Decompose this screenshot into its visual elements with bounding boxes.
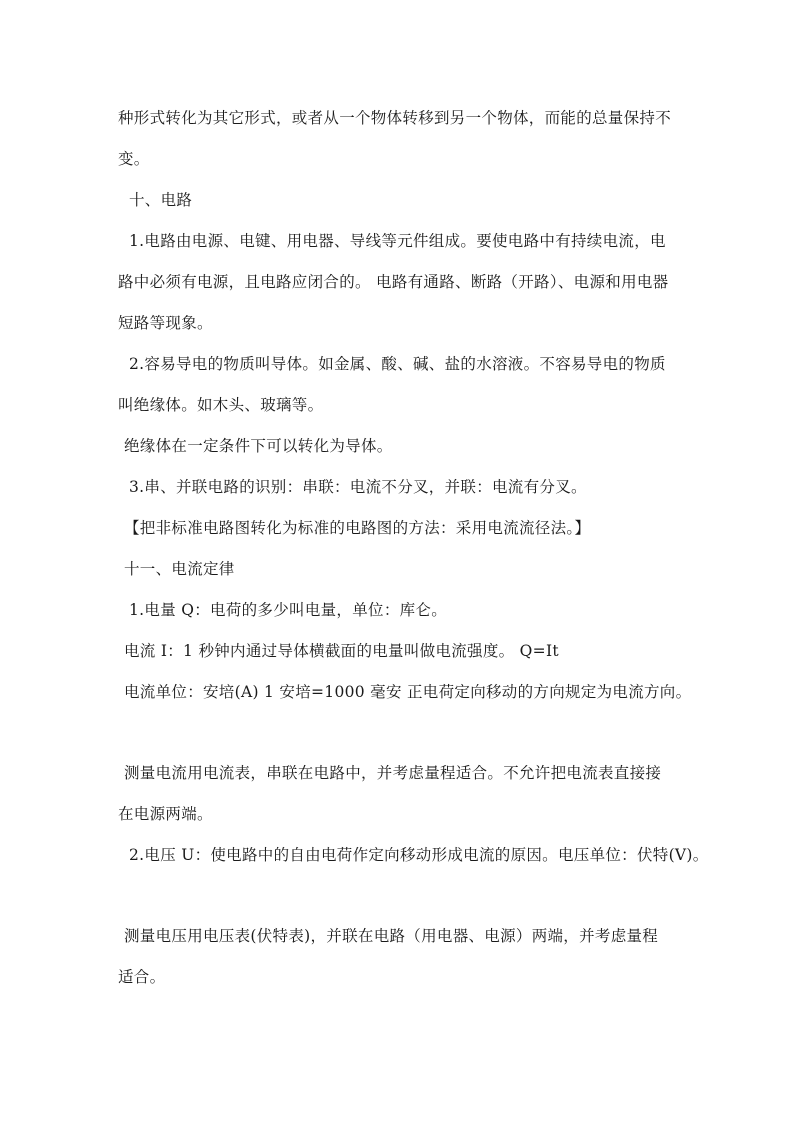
paragraph-line: 2.电压 U：使电路中的自由电荷作定向移动形成电流的原因。电压单位：伏特(V)。	[129, 845, 709, 865]
paragraph-line: 1.电量 Q：电荷的多少叫电量，单位：库仑。	[129, 600, 447, 620]
paragraph-line: 2.容易导电的物质叫导体。如金属、酸、碱、盐的水溶液。不容易导电的物质	[129, 354, 666, 374]
section-heading-circuit: 十、电路	[129, 190, 192, 210]
paragraph-line: 绝缘体在一定条件下可以转化为导体。	[124, 436, 393, 456]
paragraph-line: 3.串、并联电路的识别：串联：电流不分叉，并联：电流有分叉。	[129, 477, 587, 497]
paragraph-line: 电流单位：安培(A) 1 安培=1000 毫安 正电荷定向移动的方向规定为电流方…	[124, 682, 691, 702]
paragraph-line: 电流 I：1 秒钟内通过导体横截面的电量叫做电流强度。 Q=It	[124, 641, 559, 661]
paragraph-line: 路中必须有电源，且电路应闭合的。 电路有通路、断路（开路）、电源和用电器	[118, 272, 668, 292]
paragraph-line: 1.电路由电源、电键、用电器、导线等元件组成。要使电路中有持续电流，电	[129, 231, 666, 251]
bracket-note: 【把非标准电路图转化为标准的电路图的方法：采用电流流径法。】	[124, 518, 590, 538]
paragraph-line: 测量电压用电压表(伏特表)，并联在电路（用电器、电源）两端，并考虑量程	[124, 926, 658, 946]
paragraph-line: 适合。	[118, 967, 165, 987]
paragraph-line: 种形式转化为其它形式，或者从一个物体转移到另一个物体，而能的总量保持不	[118, 108, 671, 128]
paragraph-line: 测量电流用电流表，串联在电路中，并考虑量程适合。不允许把电流表直接接	[124, 763, 661, 783]
document-page: 种形式转化为其它形式，或者从一个物体转移到另一个物体，而能的总量保持不 变。 十…	[0, 0, 793, 1122]
paragraph-line: 在电源两端。	[118, 804, 213, 824]
paragraph-line: 短路等现象。	[118, 313, 213, 333]
paragraph-line: 变。	[118, 149, 150, 169]
section-heading-current-law: 十一、电流定律	[124, 559, 235, 579]
paragraph-line: 叫绝缘体。如木头、玻璃等。	[118, 395, 323, 415]
